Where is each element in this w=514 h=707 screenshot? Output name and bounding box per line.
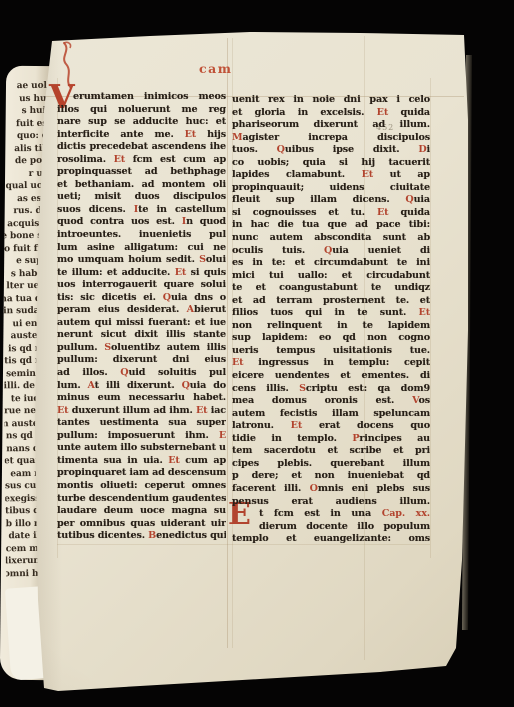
manuscript-page: cam 452 V E erumtamen inimicos meosillos… (0, 0, 514, 707)
manuscript-photo: ae uoltus hurs huicfuit estquo: etalis t… (0, 0, 514, 707)
page-vignette (0, 0, 514, 707)
